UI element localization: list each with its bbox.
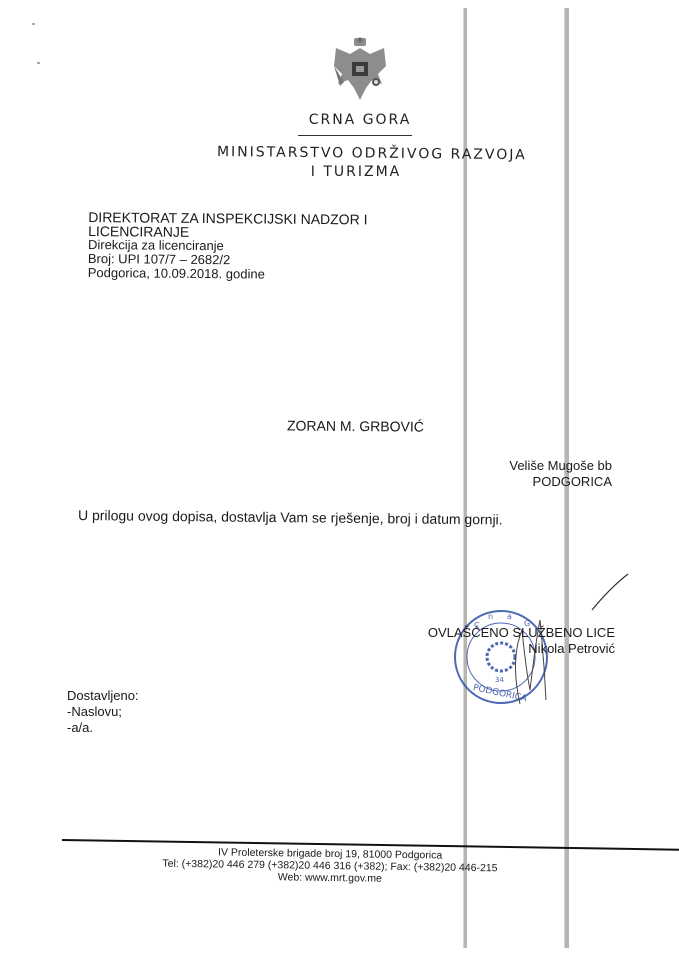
svg-text:n: n xyxy=(488,612,493,621)
scan-speck xyxy=(37,62,40,64)
distribution-item: -Naslovu; xyxy=(67,704,139,720)
recipient-address: Veliše Mugoše bb PODGORICA xyxy=(500,458,612,490)
sender-block: DIREKTORAT ZA INSPEKCIJSKI NADZOR I LICE… xyxy=(88,210,368,282)
scan-speck xyxy=(32,23,35,25)
recipient-city: PODGORICA xyxy=(500,474,612,490)
recipient-street: Veliše Mugoše bb xyxy=(500,458,612,474)
signature-block: OVLAŠĆENO SLUŽBENO LICE Nikola Petrović xyxy=(425,625,615,657)
distribution-list: Dostavljeno: -Naslovu; -a/a. xyxy=(67,688,139,736)
letter-body: U prilogu ovog dopisa, dostavlja Vam se … xyxy=(78,508,503,526)
ministry-name-line1: MINISTARSTVO ODRŽIVOG RAZVOJA xyxy=(217,144,527,163)
header-divider xyxy=(298,135,412,136)
coat-of-arms-icon xyxy=(330,36,390,106)
ministry-name-line2: I TURIZMA xyxy=(0,164,679,180)
distribution-item: -a/a. xyxy=(67,720,139,736)
distribution-heading: Dostavljeno: xyxy=(67,688,139,704)
place-date: Podgorica, 10.09.2018. godine xyxy=(88,266,367,282)
country-name: CRNA GORA xyxy=(0,112,679,128)
footer: IV Proleterske brigade broj 19, 81000 Po… xyxy=(140,845,520,886)
signer-title: OVLAŠĆENO SLUŽBENO LICE xyxy=(425,625,615,641)
recipient-name: ZORAN M. GRBOVIĆ xyxy=(287,418,424,433)
signer-name: Nikola Petrović xyxy=(425,641,615,657)
